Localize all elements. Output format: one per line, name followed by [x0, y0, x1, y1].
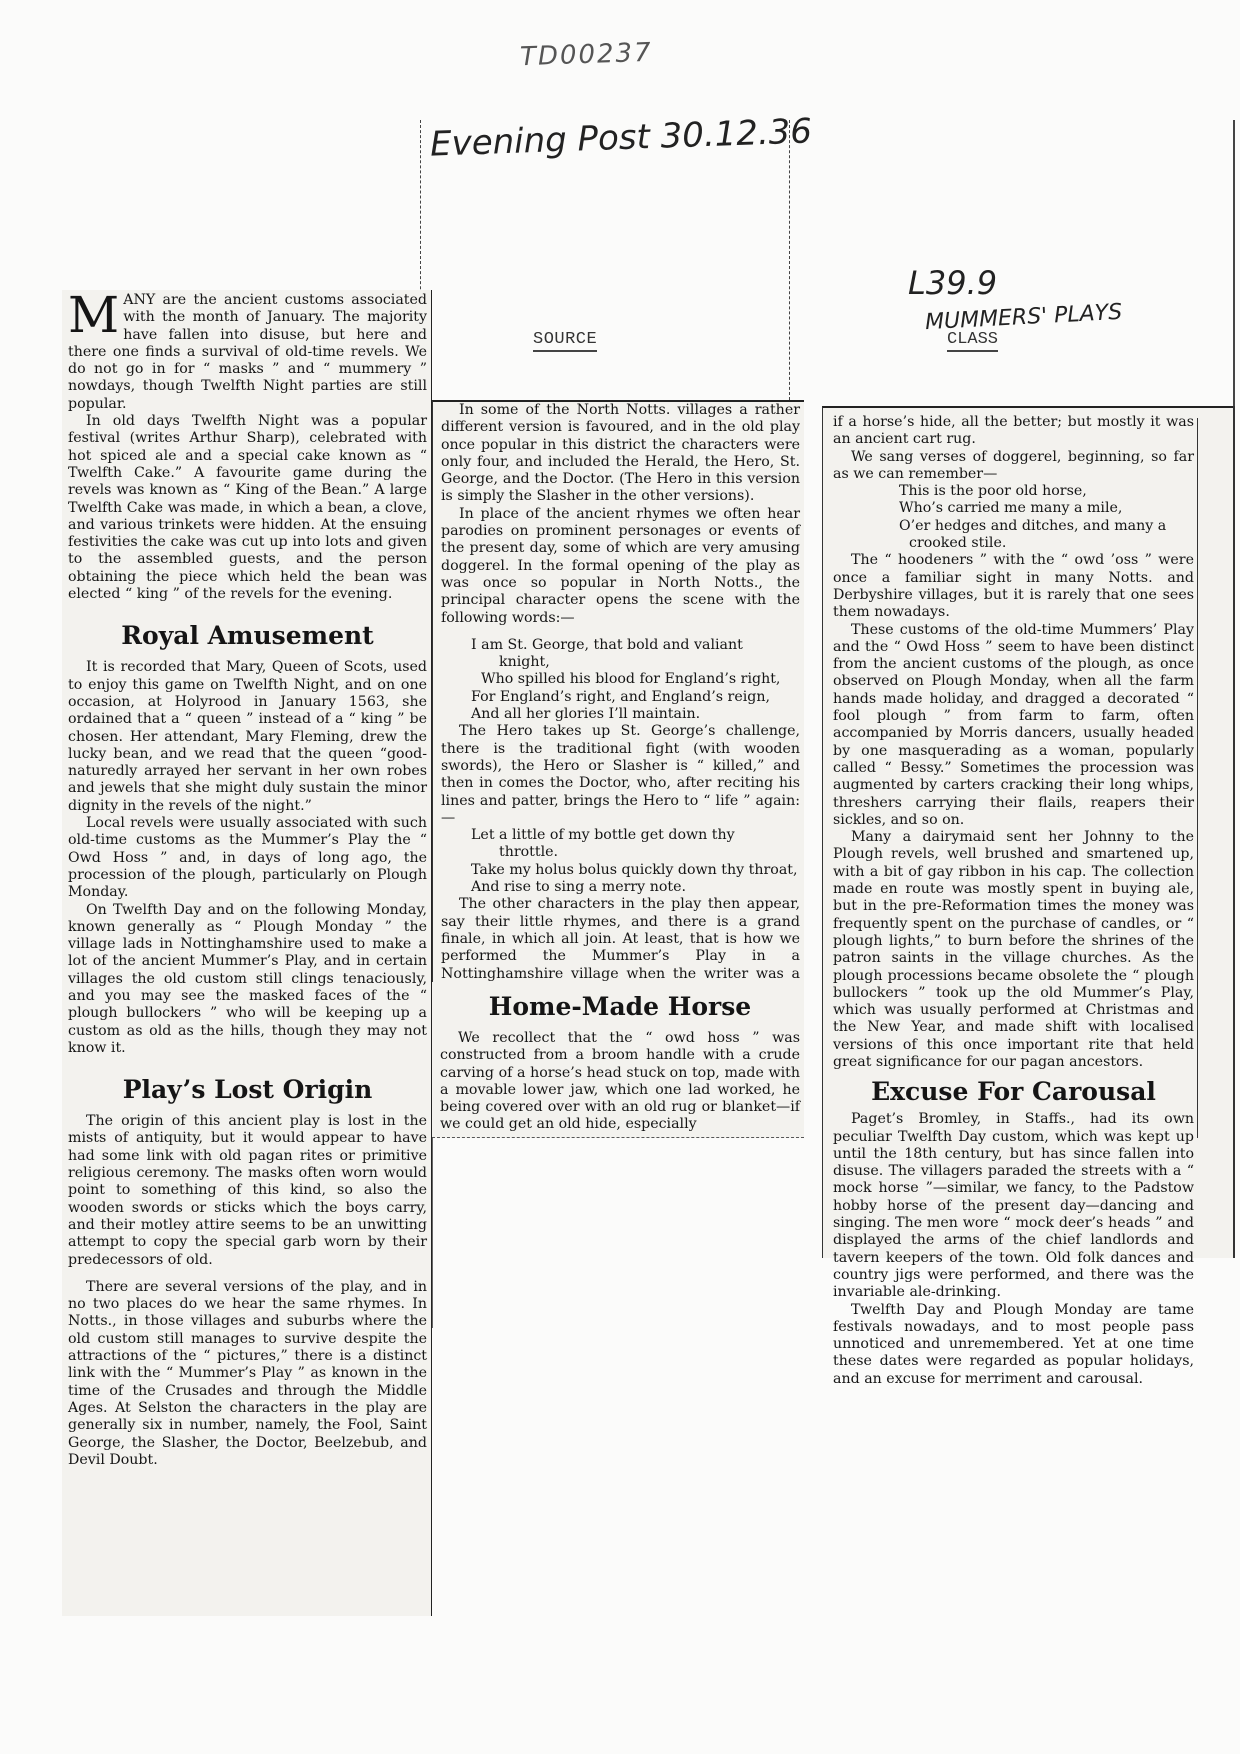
- paragraph: if a horse’s hide, all the better; but m…: [833, 414, 1194, 449]
- paragraph: On Twelfth Day and on the following Mond…: [68, 902, 427, 1058]
- clipping-column-3: if a horse’s hide, all the better; but m…: [822, 406, 1234, 1258]
- verse-line: This is the poor old horse,: [833, 483, 1194, 500]
- paragraph: In place of the ancient rhymes we often …: [441, 506, 800, 627]
- paragraph: It is recorded that Mary, Queen of Scots…: [68, 659, 427, 815]
- paragraph: The “ hoodeners ” with the “ owd ’oss ” …: [833, 552, 1194, 621]
- paragraph: Paget’s Bromley, in Staffs., had its own…: [833, 1111, 1194, 1301]
- verse-line: And all her glories I’ll maintain.: [441, 706, 800, 723]
- paragraph: Local revels were usually associated wit…: [68, 815, 427, 901]
- paragraph: Twelfth Day and Plough Monday are tame f…: [833, 1302, 1194, 1388]
- paragraph: In some of the North Notts. villages a r…: [441, 402, 800, 506]
- intro-paragraph: MANY are the ancient customs associated …: [68, 292, 427, 413]
- page-edge-rule: [1233, 120, 1235, 408]
- verse-line: crooked stile.: [833, 535, 1194, 552]
- paragraph: We sang verses of doggerel, beginning, s…: [833, 449, 1194, 484]
- headline-plays-lost-origin: Play’s Lost Origin: [68, 1075, 427, 1105]
- paragraph: Many a dairymaid sent her Johnny to the …: [833, 829, 1194, 1071]
- clipping-column-2: In some of the North Notts. villages a r…: [432, 400, 804, 982]
- column-rule: [1197, 418, 1198, 1138]
- column-rule: [432, 1138, 433, 1328]
- class-code: L39.9: [908, 264, 997, 302]
- headline-royal-amusement: Royal Amusement: [68, 621, 427, 651]
- intro-text: ANY are the ancient customs associated w…: [68, 292, 427, 412]
- headline-home-made-horse: Home-Made Horse: [440, 992, 800, 1022]
- verse-line: I am St. George, that bold and valiant: [441, 637, 800, 654]
- verse-line: Let a little of my bottle get down thy: [441, 827, 800, 844]
- reference-code: TD00237: [520, 38, 654, 73]
- verse-line: Take my holus bolus quickly down thy thr…: [441, 862, 800, 879]
- class-label: CLASS: [947, 330, 998, 352]
- verse-line: O’er hedges and ditches, and many a: [833, 518, 1194, 535]
- verse-line: throttle.: [441, 844, 800, 861]
- paragraph: These customs of the old-time Mummers’ P…: [833, 622, 1194, 830]
- verse-poor-old-horse: This is the poor old horse, Who’s carrie…: [833, 483, 1194, 552]
- page-edge-rule: [1233, 406, 1235, 1258]
- source-label: SOURCE: [533, 330, 597, 352]
- verse-st-george: I am St. George, that bold and valiant k…: [441, 637, 800, 723]
- verse-line: Who’s carried me many a mile,: [833, 500, 1194, 517]
- verse-line: knight,: [441, 654, 800, 671]
- verse-line: Who spilled his blood for England’s righ…: [441, 671, 800, 688]
- paragraph: There are several versions of the play, …: [68, 1279, 427, 1469]
- verse-line: For England’s right, and England’s reign…: [441, 689, 800, 706]
- verse-line: And rise to sing a merry note.: [441, 879, 800, 896]
- verse-doctor: Let a little of my bottle get down thy t…: [441, 827, 800, 896]
- headline-excuse-for-carousal: Excuse For Carousal: [833, 1077, 1194, 1107]
- paragraph: In old days Twelfth Night was a popular …: [68, 413, 427, 603]
- paragraph: The origin of this ancient play is lost …: [68, 1113, 427, 1269]
- clipping-column-2-continued: Home-Made Horse We recollect that the “ …: [432, 982, 804, 1138]
- paragraph: We recollect that the “ owd hoss ” was c…: [440, 1030, 800, 1134]
- drop-cap: M: [68, 295, 119, 335]
- paragraph: The Hero takes up St. George’s challenge…: [441, 723, 800, 827]
- clipping-column-1: MANY are the ancient customs associated …: [62, 290, 432, 1616]
